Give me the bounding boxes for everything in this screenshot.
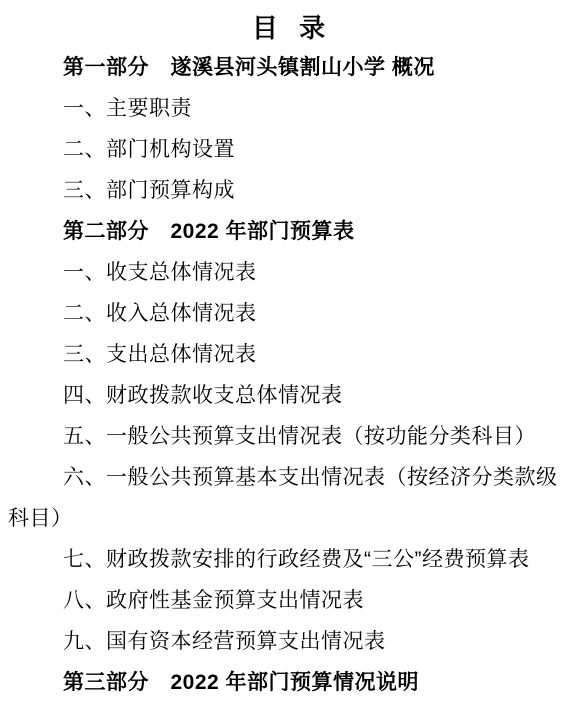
toc-item: 一、收支总体情况表 [8,252,570,293]
toc-item: 八、政府性基金预算支出情况表 [8,580,570,621]
toc-item: 一、主要职责 [8,88,570,129]
toc-item: 三、支出总体情况表 [8,334,570,375]
toc-item: 三、部门预算构成 [8,170,570,211]
toc-item: 五、一般公共预算支出情况表（按功能分类科目） [8,416,570,457]
toc-item: 七、财政拨款安排的行政经费及“三公”经费预算表 [8,539,570,580]
toc-section-heading: 第三部分 2022 年部门预算情况说明 [8,662,570,703]
toc-list: 第一部分 遂溪县河头镇割山小学 概况一、主要职责二、部门机构设置三、部门预算构成… [8,47,570,703]
toc-section-heading: 第一部分 遂溪县河头镇割山小学 概况 [8,47,570,88]
toc-item: 四、财政拨款收支总体情况表 [8,375,570,416]
page-title: 目 录 [8,12,570,44]
toc-item: 二、部门机构设置 [8,129,570,170]
toc-section-heading: 第二部分 2022 年部门预算表 [8,211,570,252]
document-page: 目 录 第一部分 遂溪县河头镇割山小学 概况一、主要职责二、部门机构设置三、部门… [0,0,584,705]
toc-item: 二、收入总体情况表 [8,293,570,334]
toc-item: 九、国有资本经营预算支出情况表 [8,621,570,662]
toc-item: 六、一般公共预算基本支出情况表（按经济分类款级科目） [8,457,570,539]
